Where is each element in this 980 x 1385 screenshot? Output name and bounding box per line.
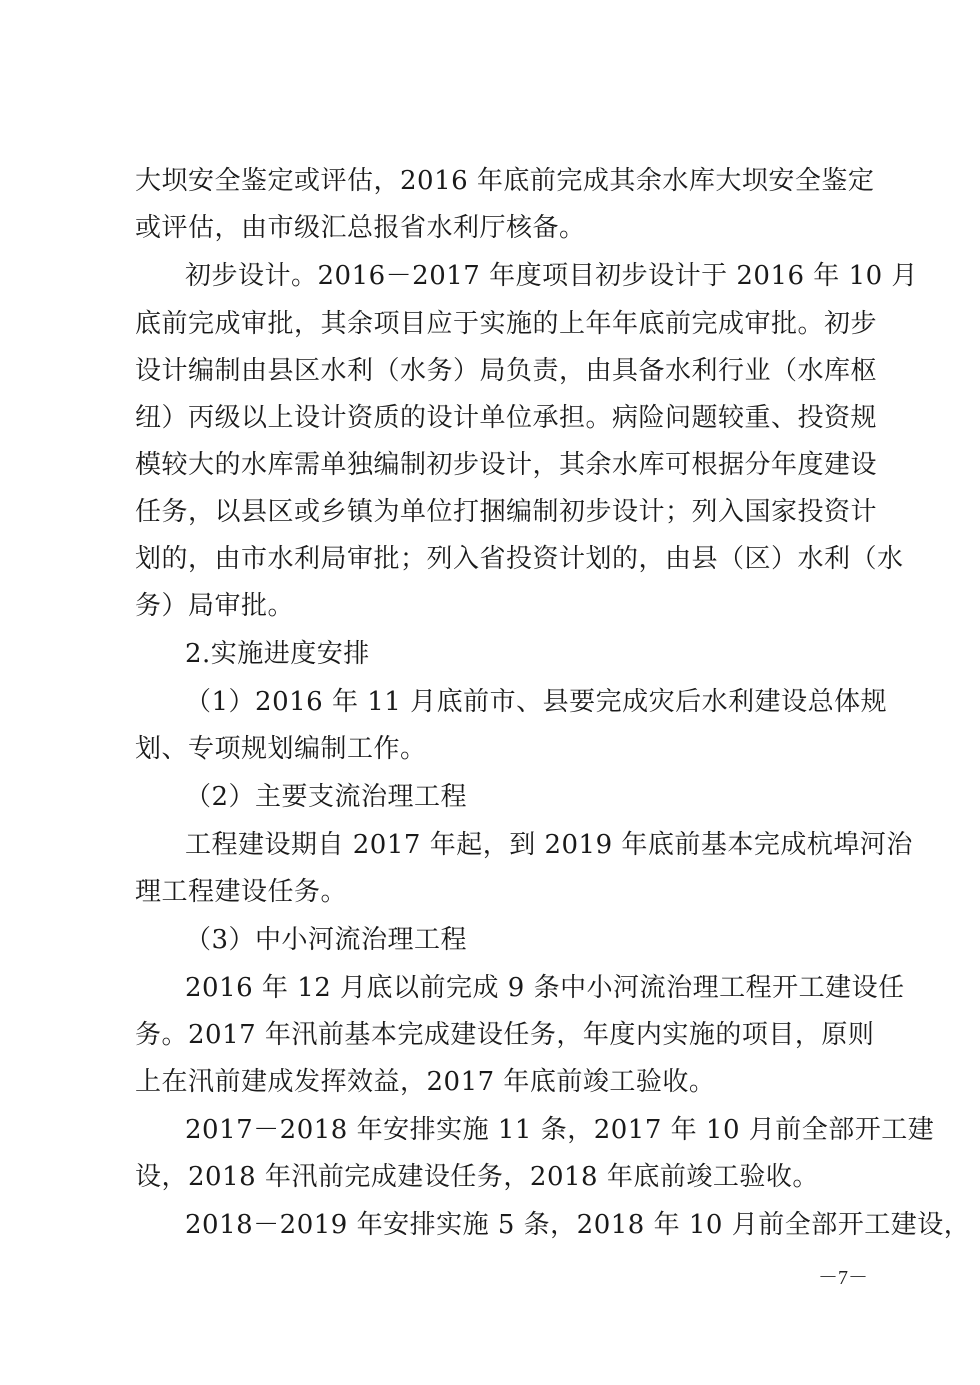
text-line: 划的，由市水利局审批；列入省投资计划的，由县（区）水利（水 bbox=[135, 541, 860, 577]
subsection-heading: （3）中小河流治理工程 bbox=[185, 922, 860, 958]
section-heading: 2.实施进度安排 bbox=[185, 636, 860, 672]
text-line: 大坝安全鉴定或评估，2016 年底前完成其余水库大坝安全鉴定 bbox=[135, 163, 860, 199]
text-line: 或评估，由市级汇总报省水利厅核备。 bbox=[135, 210, 860, 246]
text-line: 底前完成审批，其余项目应于实施的上年年底前完成审批。初步 bbox=[135, 306, 860, 342]
text-line: 划、专项规划编制工作。 bbox=[135, 731, 860, 767]
text-line: 设，2018 年汛前完成建设任务，2018 年底前竣工验收。 bbox=[135, 1159, 860, 1195]
text-line: 设计编制由县区水利（水务）局负责，由具备水利行业（水库枢 bbox=[135, 353, 860, 389]
text-line: 模较大的水库需单独编制初步设计，其余水库可根据分年度建设 bbox=[135, 447, 860, 483]
text-line: 2017－2018 年安排实施 11 条，2017 年 10 月前全部开工建 bbox=[185, 1112, 860, 1148]
text-line: （1）2016 年 11 月底前市、县要完成灾后水利建设总体规 bbox=[185, 684, 860, 720]
text-line: 工程建设期自 2017 年起，到 2019 年底前基本完成杭埠河治 bbox=[185, 827, 860, 863]
page-number: －7－ bbox=[818, 1266, 868, 1290]
text-line: 上在汛前建成发挥效益，2017 年底前竣工验收。 bbox=[135, 1064, 860, 1100]
text-line: 务。2017 年汛前基本完成建设任务，年度内实施的项目，原则 bbox=[135, 1017, 860, 1053]
text-line: 初步设计。2016－2017 年度项目初步设计于 2016 年 10 月 bbox=[185, 258, 860, 294]
text-line: 任务，以县区或乡镇为单位打捆编制初步设计；列入国家投资计 bbox=[135, 494, 860, 530]
subsection-heading: （2）主要支流治理工程 bbox=[185, 779, 860, 815]
text-line: 理工程建设任务。 bbox=[135, 874, 860, 910]
text-line: 纽）丙级以上设计资质的设计单位承担。病险问题较重、投资规 bbox=[135, 400, 860, 436]
text-line: 务）局审批。 bbox=[135, 588, 860, 624]
text-line: 2018－2019 年安排实施 5 条，2018 年 10 月前全部开工建设， bbox=[185, 1207, 860, 1243]
document-page: 大坝安全鉴定或评估，2016 年底前完成其余水库大坝安全鉴定 或评估，由市级汇总… bbox=[0, 0, 980, 1385]
text-line: 2016 年 12 月底以前完成 9 条中小河流治理工程开工建设任 bbox=[185, 970, 860, 1006]
